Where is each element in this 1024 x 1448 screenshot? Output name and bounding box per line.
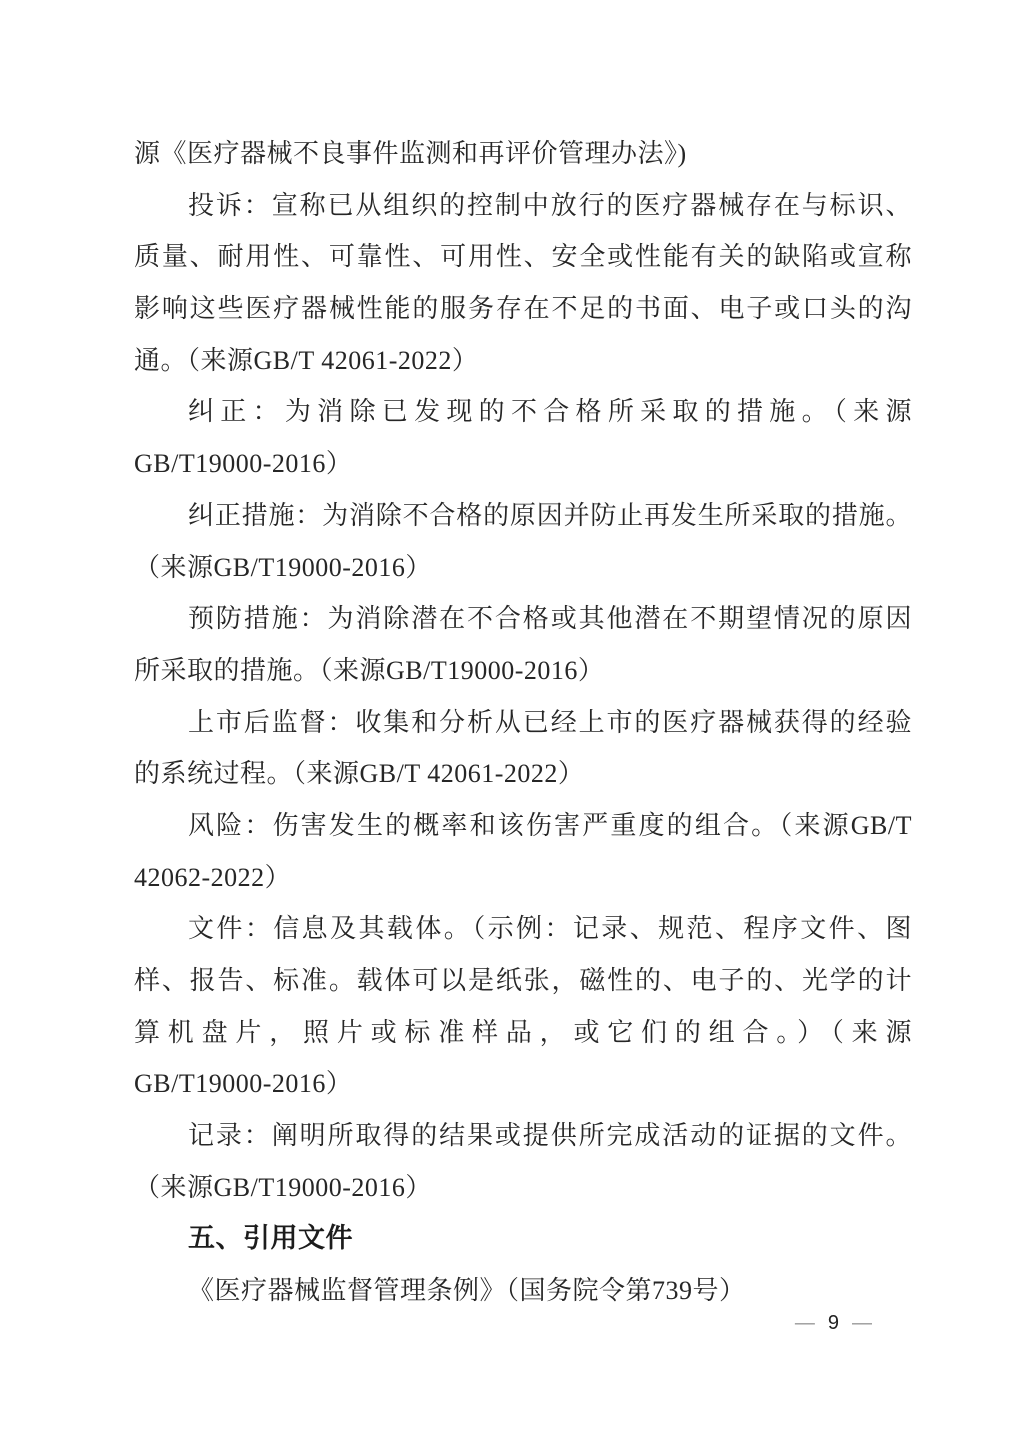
text-line: 纠正措施：为消除不合格的原因并防止再发生所采取的措施。	[134, 490, 912, 542]
text-line: 记录：阐明所取得的结果或提供所完成活动的证据的文件。	[134, 1110, 912, 1162]
document-body: 源《医疗器械不良事件监测和再评价管理办法》)投诉：宣称已从组织的控制中放行的医疗…	[134, 128, 912, 1317]
text-line: （来源GB/T19000-2016）	[134, 1162, 912, 1214]
text-line: 的系统过程。（来源GB/T 42061-2022）	[134, 748, 912, 800]
text-line: 文件：信息及其载体。（示例：记录、规范、程序文件、图	[134, 903, 912, 955]
text-line: 纠正：为消除已发现的不合格所采取的措施。（来源	[134, 386, 912, 438]
text-line: 预防措施：为消除潜在不合格或其他潜在不期望情况的原因	[134, 593, 912, 645]
text-line: 质量、耐用性、可靠性、可用性、安全或性能有关的缺陷或宣称	[134, 231, 912, 283]
text-line: 42062-2022）	[134, 852, 912, 904]
text-line: 《医疗器械监督管理条例》（国务院令第739号）	[134, 1265, 912, 1317]
text-line: GB/T19000-2016）	[134, 1058, 912, 1110]
text-line: 风险：伤害发生的概率和该伤害严重度的组合。（来源GB/T	[134, 800, 912, 852]
text-line: 投诉：宣称已从组织的控制中放行的医疗器械存在与标识、	[134, 180, 912, 232]
text-line: 所采取的措施。（来源GB/T19000-2016）	[134, 645, 912, 697]
footer-left-dash: —	[795, 1312, 815, 1335]
text-line: 源《医疗器械不良事件监测和再评价管理办法》)	[134, 128, 912, 180]
footer-right-dash: —	[852, 1312, 872, 1335]
page-number: 9	[828, 1312, 839, 1335]
text-line: 样、报告、标准。载体可以是纸张，磁性的、电子的、光学的计	[134, 955, 912, 1007]
document-page: 源《医疗器械不良事件监测和再评价管理办法》)投诉：宣称已从组织的控制中放行的医疗…	[0, 0, 1024, 1448]
page-footer: — 9 —	[795, 1312, 872, 1335]
section-heading: 五、引用文件	[134, 1213, 912, 1265]
text-line: （来源GB/T19000-2016）	[134, 542, 912, 594]
text-line: GB/T19000-2016）	[134, 438, 912, 490]
text-line: 上市后监督：收集和分析从已经上市的医疗器械获得的经验	[134, 697, 912, 749]
text-line: 通。（来源GB/T 42061-2022）	[134, 335, 912, 387]
text-line: 影响这些医疗器械性能的服务存在不足的书面、电子或口头的沟	[134, 283, 912, 335]
text-line: 算机盘片，照片或标准样品，或它们的组合。）（来源	[134, 1007, 912, 1059]
